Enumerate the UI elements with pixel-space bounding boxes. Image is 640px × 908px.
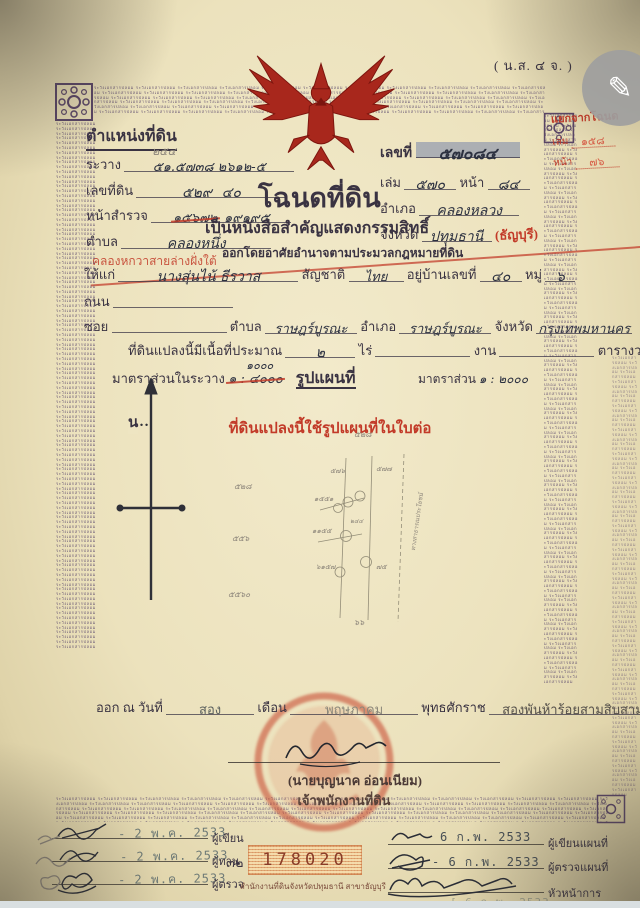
sketch-neighbor: ๕๕๖๐ <box>228 588 250 601</box>
moo-label: หมู่ <box>525 267 542 282</box>
deed-subtitle2: ออกโดยอาศัยอำนาจตามประมวลกฎหมายที่ดิน <box>222 244 463 263</box>
grant-province-label: จังหวัด <box>495 319 533 334</box>
rosette-icon <box>596 794 626 824</box>
deed-book-value: ๕๗๐ <box>415 177 445 193</box>
issue-era-label: พุทธศักราช <box>421 700 485 715</box>
deed-amphoe-label: อำเภอ <box>380 201 416 216</box>
border-outer-right-microtext: ระวังเอกสารปลอม ระวังเอกสารปลอม ระวังเอก… <box>612 356 638 830</box>
deed-page-label: หน้า <box>459 175 484 190</box>
address-no: ๔๐ <box>491 269 510 285</box>
sketch-neighbor: ๕๒๘ <box>234 480 252 493</box>
land-no-value: ๔๐ <box>222 185 241 201</box>
stamp-book-label: เล่ม <box>552 136 569 148</box>
border-left-microtext: ระวังเอกสารปลอม ระวังเอกสารปลอม ระวังเอก… <box>56 122 98 798</box>
sketch-neighbor: ๖๖ <box>354 616 364 629</box>
rai-unit: ไร่ <box>359 343 373 358</box>
role-label: ผู้เขียน <box>212 829 244 847</box>
deed-province-row: จังหวัด ปทุมธานี (ธัญบุรี) <box>380 224 538 245</box>
road-row: ถนน <box>84 291 233 312</box>
map-scale-row: มาตราส่วน ๑ : ๒๐๐๐ <box>418 370 528 389</box>
serial-number: 178020 <box>249 846 361 874</box>
signer-title: เจ้าพนักงานที่ดิน <box>297 790 390 811</box>
grant-amphoe: ราษฎร์บูรณะ <box>409 322 482 337</box>
sketch-number: ๗๕ <box>376 562 387 573</box>
stamp-book-line: เล่ม ๑๕๘ <box>552 130 620 150</box>
survey-sketch: ๕๗๖ ๕๗๗ ๑๕๕๑ ๑๑๕๕ ๖๑๕๗ ๗๕ ๒๔๔ ๕๒๘ ๕๒๘ ๕๕… <box>268 450 458 625</box>
border-right-microtext: ระวังเอกสารปลอม ระวังเอกสารปลอม ระวังเอก… <box>544 114 578 798</box>
grant-tambon-label: ตำบล <box>230 319 262 334</box>
book-number: ๓๒ <box>226 852 243 873</box>
pencil-icon: ✎ <box>607 71 632 106</box>
stamp-page-value: ๗๖ <box>574 151 619 169</box>
deed-amphoe-row: อำเภอ คลองหลวง <box>380 198 519 219</box>
sketch-number: ๕๗๖ <box>330 466 345 477</box>
province-stamp: (ธัญบุรี) <box>494 223 538 245</box>
scale-value: ๑ : ๔๐๐๐ <box>228 372 283 387</box>
sketch-number: ๑๕๕๑ <box>314 494 333 505</box>
deed-province-label: จังหวัด <box>380 227 418 242</box>
sketch-number: ๕๗๗ <box>376 464 392 475</box>
stamp-page-label: หน้า <box>553 157 573 169</box>
north-compass-icon: … <box>116 378 186 603</box>
deed-no-row: เลขที่ ๕๗๐๘๔ <box>380 142 520 164</box>
sketch-neighbor: ๕๕๖ <box>232 532 249 545</box>
grant-amphoe-label: อำเภอ <box>360 319 396 334</box>
pencil-scribbles <box>30 830 90 900</box>
deed-province-value: ปทุมธานี <box>430 229 483 245</box>
garuda-emblem-icon <box>243 50 399 170</box>
map-reference-note: ที่ดินแปลงนี้ใช้รูปแผนที่ในใบต่อ <box>229 416 432 440</box>
grant-tambon: ราษฎร์บูรณะ <box>275 322 348 337</box>
deed-paper: ระวังเอกสารปลอม ระวังเอกสารปลอม ระวังเอก… <box>0 0 640 908</box>
land-office-name: สำนักงานที่ดินจังหวัดปทุมธานี สาขาธัญบุร… <box>240 880 386 893</box>
nationality-value: ไทย <box>365 270 388 285</box>
rosette-icon <box>54 82 94 122</box>
deed-book-label: เล่ม <box>380 175 401 190</box>
signer-signature <box>280 730 410 770</box>
issue-row: ออก ณ วันที่ สอง เดือน พฤษภาคม พุทธศักรา… <box>96 697 640 718</box>
stamp-book-value: ๑๕๘ <box>570 130 615 148</box>
photo-edge <box>0 901 640 908</box>
map-figure-title: รูปแผนที่ <box>296 370 356 389</box>
issue-month: พฤษภาคม <box>325 702 383 717</box>
sketch-number: ๒๔๔ <box>350 516 363 526</box>
serial-box: 178020 <box>248 845 362 875</box>
issue-day: สอง <box>199 702 221 717</box>
scale-correction: ๑๐๐๐ <box>246 356 273 374</box>
grantee-name: นางสุ่นไน้ ธีรวาส <box>157 269 261 285</box>
ngan-unit: งาน <box>474 343 497 358</box>
issue-month-label: เดือน <box>257 700 287 715</box>
deed-book-row: เล่ม ๕๗๐ หน้า ๘๔ <box>380 172 530 193</box>
role-label: ผู้เขียนแผนที่ <box>548 834 608 852</box>
area-rai: ๒ <box>316 345 325 361</box>
deed-amphoe-value: คลองหลวง <box>436 203 502 219</box>
issue-year: สองพันห้าร้อยสามสิบสาม <box>502 702 640 717</box>
sketch-number: ๑๑๕๕ <box>312 526 331 537</box>
map-scale-value: ๑ : ๒๐๐๐ <box>479 372 528 386</box>
role-label: ผู้ตรวจแผนที่ <box>548 858 608 876</box>
nationality-label: สัญชาติ <box>302 267 346 282</box>
field-land-no: เลขที่ดิน ๕๒๙ ๔๐ <box>86 180 286 201</box>
map-scale-label: มาตราส่วน <box>418 372 476 386</box>
grant-row: ให้แก่ นางสุ่นไน้ ธีรวาส สัญชาติ ไทย อยู… <box>84 264 575 285</box>
deed-title: โฉนดที่ดิน <box>258 176 381 219</box>
signer-name: (นายบุญนาค อ่อนเนียม) <box>288 770 422 791</box>
issue-prefix: ออก ณ วันที่ <box>96 700 163 715</box>
address-label: อยู่บ้านเลขที่ <box>407 267 477 282</box>
form-code: ( น.ส. ๔ จ. ) <box>494 55 573 76</box>
deed-no-value: ๕๗๐๘๔ <box>438 144 496 163</box>
right-signatures <box>386 822 546 902</box>
land-no-old: ๕๒๙ <box>182 185 212 201</box>
role-label: หัวหน้าการ <box>548 884 601 902</box>
compass-label: น <box>128 410 138 434</box>
stamp-page-line: หน้า ๗๖ <box>553 151 621 171</box>
sketch-number: ๖๑๕๗ <box>316 562 335 573</box>
sketch-neighbor: ๕๒๘ <box>354 428 372 441</box>
deed-page-value: ๘๔ <box>498 177 519 193</box>
